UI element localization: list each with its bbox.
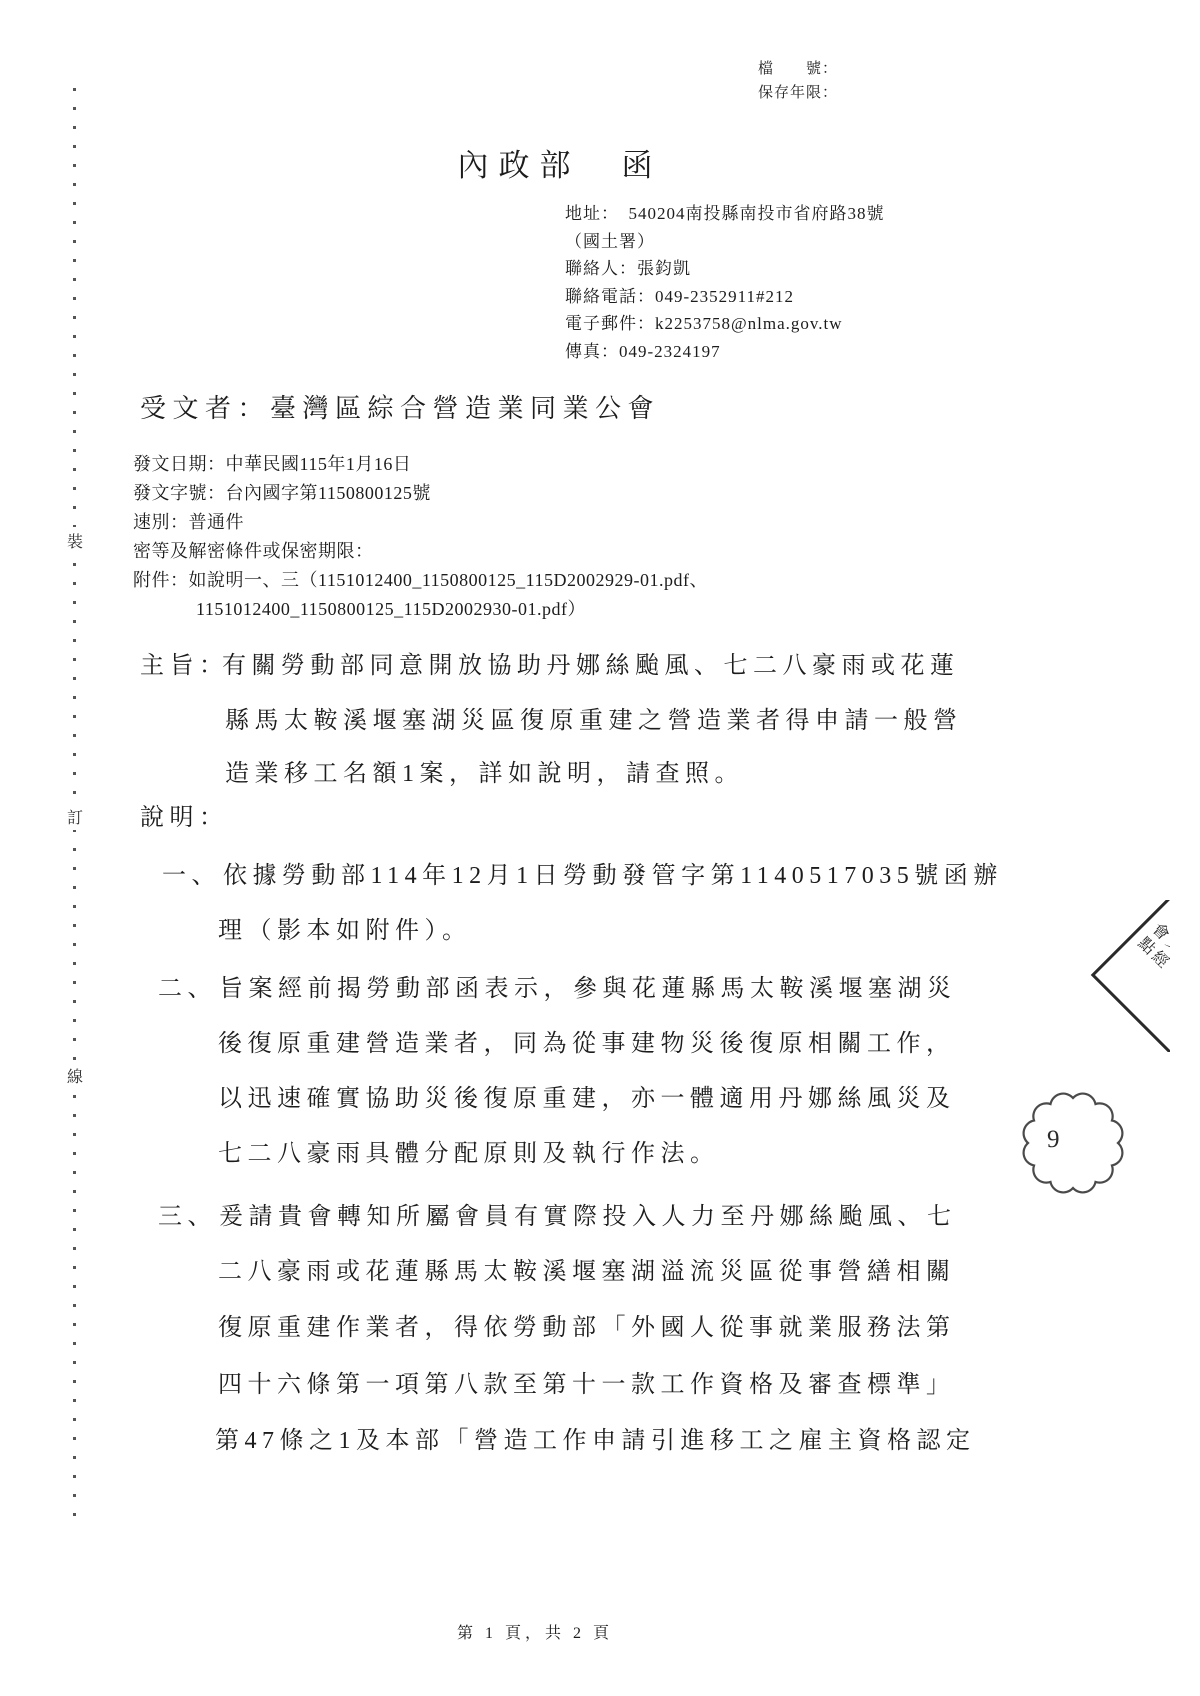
document-meta-block: 發文日期：中華民國115年1月16日 發文字號：台內國字第1150800125號… — [133, 450, 708, 624]
subject-line-3: 造業移工名額1案，詳如說明，請查照。 — [225, 753, 744, 788]
sender-info-block: 地址： 540204南投縣南投市省府路38號 （國土署） 聯絡人：張鈞凱 聯絡電… — [565, 200, 885, 365]
explanation-item-3: 三、爰請貴會轉知所屬會員有實際投入人力至丹娜絲颱風、七 — [158, 1196, 957, 1231]
explanation-label: 說明： — [140, 797, 229, 832]
item-3-line-3: 復原重建作業者，得依勞動部「外國人從事就業服務法第 — [218, 1307, 956, 1342]
item-2-line-1: 旨案經前揭勞動部函表示，參與花蓮縣馬太鞍溪堰塞湖災 — [219, 976, 957, 1002]
item-1-number: 一、 — [162, 863, 221, 889]
explanation-item-1: 一、依據勞動部114年12月1日勞動發管字第1140517035號函辦 — [162, 855, 1003, 890]
item-1-line-2: 理（影本如附件）。 — [218, 910, 472, 945]
sender-contact-person: 聯絡人：張鈞凱 — [565, 255, 885, 283]
sender-address: 地址： 540204南投縣南投市省府路38號 — [565, 200, 885, 228]
item-2-number: 二、 — [158, 976, 217, 1002]
document-title: 內政部 函 — [0, 140, 1120, 185]
document-number: 發文字號：台內國字第1150800125號 — [133, 479, 708, 508]
subject-line-1: 有關勞動部同意開放協助丹娜絲颱風、七二八豪雨或花蓮 — [222, 645, 960, 680]
retention-period-label: 保存年限： — [758, 81, 838, 102]
item-1-line-1: 依據勞動部114年12月1日勞動發管字第1140517035號函辦 — [223, 863, 1003, 889]
subject-label: 主旨： — [140, 645, 229, 680]
attachment-line-2: 1151012400_1150800125_115D2002930-01.pdf… — [133, 595, 708, 624]
file-number-label: 檔 號： — [758, 57, 838, 78]
footer-page-info: 第 1 頁，共 2 頁 — [0, 1620, 1070, 1643]
subject-line-2: 縣馬太鞍溪堰塞湖災區復原重建之營造業者得申請一般營 — [225, 700, 963, 735]
item-3-number: 三、 — [158, 1204, 217, 1230]
sender-phone: 聯絡電話：049-2352911#212 — [565, 283, 885, 311]
sender-fax: 傳真：049-2324197 — [565, 338, 885, 366]
attachment-line-1: 附件：如說明一、三（1151012400_1150800125_115D2002… — [133, 566, 708, 595]
sender-email: 電子郵件：k2253758@nlma.gov.tw — [565, 310, 885, 338]
sender-address-org: （國土署） — [565, 228, 885, 256]
recipient-line: 受文者：臺灣區綜合營造業同業公會 — [140, 388, 660, 425]
binding-char-xian: 線 — [64, 1062, 86, 1089]
flower-page-seal — [1018, 1088, 1128, 1198]
item-3-line-2: 二八豪雨或花蓮縣馬太鞍溪堰塞湖溢流災區從事營繕相關 — [218, 1251, 956, 1286]
security-classification: 密等及解密條件或保密期限： — [133, 537, 708, 566]
binding-char-ding: 訂 — [64, 803, 86, 830]
issue-date: 發文日期：中華民國115年1月16日 — [133, 450, 708, 479]
explanation-item-2: 二、旨案經前揭勞動部函表示，參與花蓮縣馬太鞍溪堰塞湖災 — [158, 968, 957, 1003]
item-3-line-4: 四十六條第一項第八款至第十一款工作資格及審查標準」 — [218, 1364, 956, 1399]
official-letter-page: 檔 號： 保存年限： 內政部 函 地址： 540204南投縣南投市省府路38號 … — [0, 0, 1200, 1696]
binding-char-zhuang: 裝 — [64, 527, 86, 554]
item-2-line-3: 以迅速確實協助災後復原重建，亦一體適用丹娜絲風災及 — [218, 1078, 956, 1113]
page-seal-number: 9 — [1047, 1126, 1060, 1154]
item-2-line-2: 後復原重建營造業者，同為從事建物災後復原相關工作， — [218, 1023, 956, 1058]
exchange-stamp-text: 會文點經 — [1133, 920, 1170, 977]
item-2-line-4: 七二八豪雨具體分配原則及執行作法。 — [218, 1133, 720, 1168]
exchange-stamp-clip: 會文點經 — [1090, 900, 1170, 1052]
exchange-stamp: 會文點經 — [1091, 900, 1170, 1052]
item-3-line-5: 第47條之1及本部「營造工作申請引進移工之雇主資格認定 — [215, 1420, 976, 1455]
priority-level: 速別：普通件 — [133, 508, 708, 537]
item-3-line-1: 爰請貴會轉知所屬會員有實際投入人力至丹娜絲颱風、七 — [219, 1204, 957, 1230]
